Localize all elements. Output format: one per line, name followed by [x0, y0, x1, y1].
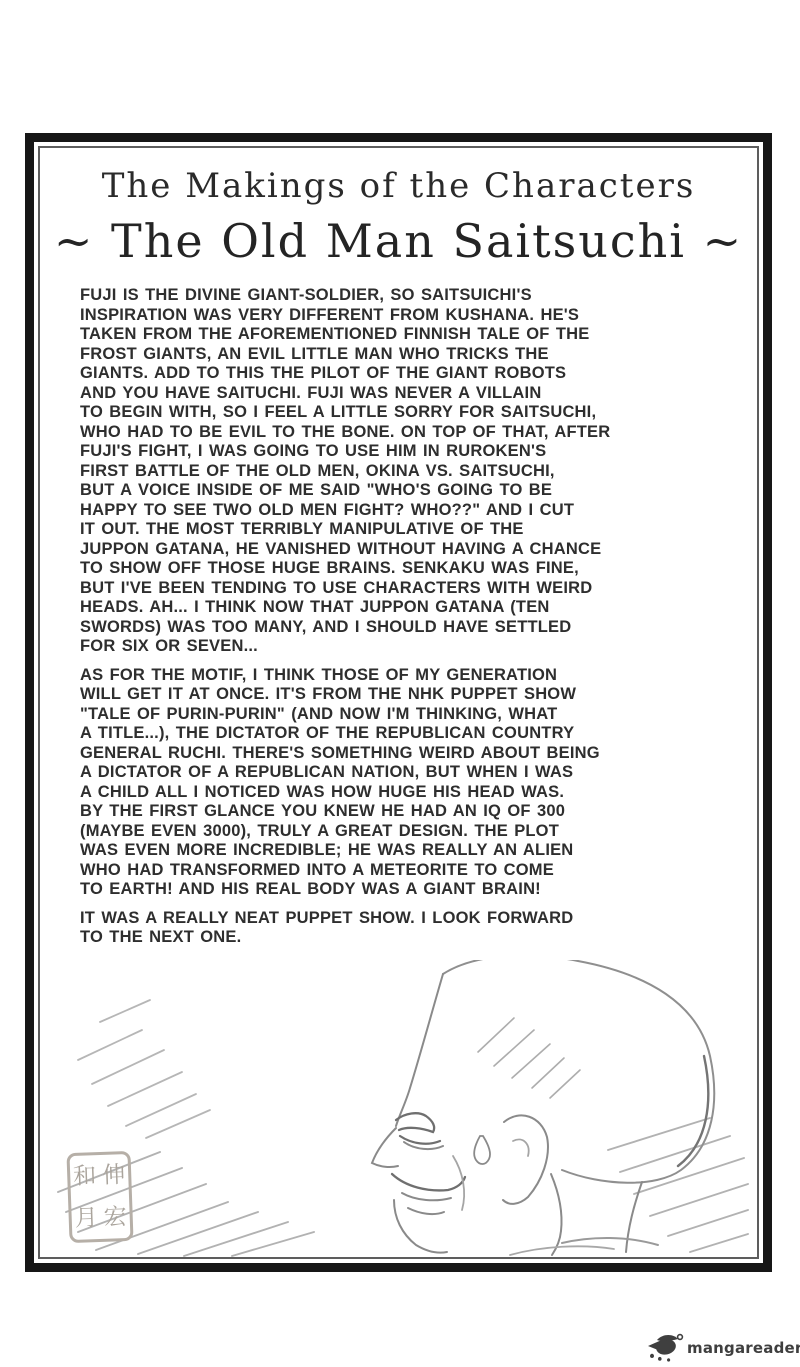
text-line: A DICTATOR OF A REPUBLICAN NATION, BUT W…: [80, 763, 760, 783]
text-line: FIRST BATTLE OF THE OLD MEN, OKINA VS. S…: [80, 462, 760, 482]
seal-character: 月: [74, 1207, 98, 1231]
text-line: FUJI IS THE DIVINE GIANT-SOLDIER, SO SAI…: [80, 286, 760, 306]
text-line: WHO HAD TRANSFORMED INTO A METEORITE TO …: [80, 861, 760, 881]
manga-page: The Makings of the Characters ~ The Old …: [0, 0, 800, 1367]
text-line: FUJI'S FIGHT, I WAS GOING TO USE HIM IN …: [80, 442, 760, 462]
text-line: AND YOU HAVE SAITUCHI. FUJI WAS NEVER A …: [80, 384, 760, 404]
text-line: A CHILD ALL I NOTICED WAS HOW HUGE HIS H…: [80, 783, 760, 803]
text-line: SWORDS) WAS TOO MANY, AND I SHOULD HAVE …: [80, 618, 760, 638]
mangareader-logo-icon: [644, 1332, 684, 1364]
page-title: The Makings of the Characters: [25, 166, 772, 206]
text-line: WHO HAD TO BE EVIL TO THE BONE. ON TOP O…: [80, 423, 760, 443]
seal-character: 伸: [102, 1164, 126, 1188]
paragraph: IT WAS A REALLY NEAT PUPPET SHOW. I LOOK…: [80, 909, 760, 948]
text-line: AS FOR THE MOTIF, I THINK THOSE OF MY GE…: [80, 666, 760, 686]
paragraph: AS FOR THE MOTIF, I THINK THOSE OF MY GE…: [80, 666, 760, 900]
artist-seal: 和 伸 月 宏: [66, 1151, 133, 1243]
text-line: TO EARTH! AND HIS REAL BODY WAS A GIANT …: [80, 880, 760, 900]
paragraph: FUJI IS THE DIVINE GIANT-SOLDIER, SO SAI…: [80, 286, 760, 657]
seal-character: 宏: [103, 1206, 127, 1230]
text-line: "TALE OF PURIN-PURIN" (AND NOW I'M THINK…: [80, 705, 760, 725]
text-line: BUT A VOICE INSIDE OF ME SAID "WHO'S GOI…: [80, 481, 760, 501]
text-line: JUPPON GATANA, HE VANISHED WITHOUT HAVIN…: [80, 540, 760, 560]
old-man-sketch: [42, 960, 754, 1258]
text-line: HAPPY TO SEE TWO OLD MEN FIGHT? WHO??" A…: [80, 501, 760, 521]
author-notes: FUJI IS THE DIVINE GIANT-SOLDIER, SO SAI…: [80, 286, 760, 957]
text-line: BUT I'VE BEEN TENDING TO USE CHARACTERS …: [80, 579, 760, 599]
seal-character: 和: [73, 1165, 97, 1189]
text-line: FROST GIANTS, AN EVIL LITTLE MAN WHO TRI…: [80, 345, 760, 365]
text-line: HEADS. AH... I THINK NOW THAT JUPPON GAT…: [80, 598, 760, 618]
text-line: TO THE NEXT ONE.: [80, 928, 760, 948]
text-line: TAKEN FROM THE AFOREMENTIONED FINNISH TA…: [80, 325, 760, 345]
watermark[interactable]: mangareader.net: [644, 1332, 800, 1364]
text-line: IT OUT. THE MOST TERRIBLY MANIPULATIVE O…: [80, 520, 760, 540]
watermark-text: mangareader.net: [687, 1339, 800, 1357]
text-line: TO SHOW OFF THOSE HUGE BRAINS. SENKAKU W…: [80, 559, 760, 579]
page-subtitle: ~ The Old Man Saitsuchi ~: [25, 214, 772, 268]
text-line: TO BEGIN WITH, SO I FEEL A LITTLE SORRY …: [80, 403, 760, 423]
text-line: WAS EVEN MORE INCREDIBLE; HE WAS REALLY …: [80, 841, 760, 861]
text-line: BY THE FIRST GLANCE YOU KNEW HE HAD AN I…: [80, 802, 760, 822]
text-line: WILL GET IT AT ONCE. IT'S FROM THE NHK P…: [80, 685, 760, 705]
text-line: GIANTS. ADD TO THIS THE PILOT OF THE GIA…: [80, 364, 760, 384]
text-line: IT WAS A REALLY NEAT PUPPET SHOW. I LOOK…: [80, 909, 760, 929]
text-line: INSPIRATION WAS VERY DIFFERENT FROM KUSH…: [80, 306, 760, 326]
text-line: A TITLE...), THE DICTATOR OF THE REPUBLI…: [80, 724, 760, 744]
text-line: (MAYBE EVEN 3000), TRULY A GREAT DESIGN.…: [80, 822, 760, 842]
text-line: FOR SIX OR SEVEN...: [80, 637, 760, 657]
text-line: GENERAL RUCHI. THERE'S SOMETHING WEIRD A…: [80, 744, 760, 764]
